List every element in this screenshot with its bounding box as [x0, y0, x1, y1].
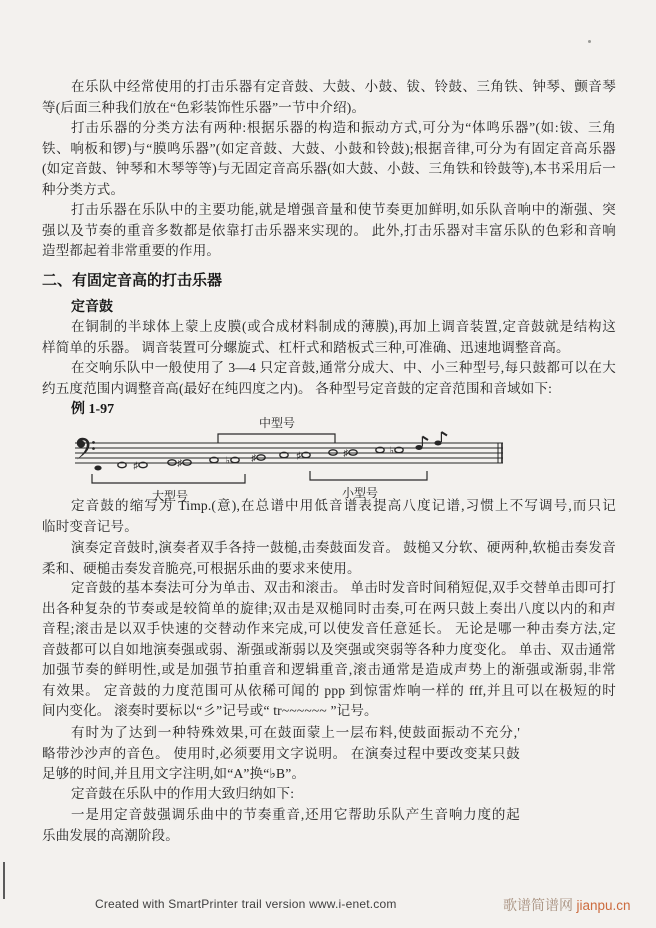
paragraph-classification: 打击乐器的分类方法有两种:根据乐器的构造和振动方式,可分为“体鸣乐器”(如:钹、…: [42, 118, 616, 200]
svg-text:♭: ♭: [390, 447, 394, 457]
text-line: 定音鼓的基本奏法可分为单击、双击和滚击。 单击时发音时间稍短促,双手交替单击即可…: [42, 578, 616, 599]
smartprinter-credit: Created with SmartPrinter trail version …: [95, 897, 397, 911]
text-line: 铁、响板和锣)与“膜鸣乐器”(如定音鼓、大鼓、小鼓和铃鼓);根据音律,可分为有固…: [42, 139, 616, 160]
watermark-domain: jianpu.cn: [577, 898, 631, 913]
paragraph-role-intro: 定音鼓在乐队中的作用大致归纳如下:: [42, 784, 616, 805]
text-line: 加强节奏的鲜明性,或是加强节拍重音和逻辑重音,滚击通常是造成声势上的渐强或渐弱,…: [42, 660, 616, 681]
paragraph-mallets: 演奏定音鼓时,演奏者双手各持一鼓槌,击奏鼓面发音。 鼓槌又分软、硬两种,软槌击奏…: [42, 538, 616, 579]
paragraph-orchestra-usage: 在交响乐队中一般使用了 3—4 只定音鼓,通常分成大、中、小三种型号,每只鼓都可…: [42, 358, 616, 399]
svg-text:♯: ♯: [134, 462, 139, 472]
note-heads: ♯♯♭♯♯♯♭: [94, 432, 447, 472]
text-line: 打击乐器的分类方法有两种:根据乐器的构造和振动方式,可分为“体鸣乐器”(如:钹、…: [42, 118, 616, 139]
bracket-large-size: [92, 474, 245, 483]
scan-edge-mark: [3, 862, 5, 899]
text-line: 临时变音记号。: [42, 517, 616, 538]
text-line: 柔和、硬槌击奏发音脆亮,可根据乐曲的要求来使用。: [42, 559, 616, 580]
text-line: 音程;滚击是以双手快速的交替动作来完成,可以使发音任意延长。 无论是哪一种击奏方…: [42, 619, 616, 640]
text-line: 有时为了达到一种特殊效果,可在鼓面蒙上一层布料,使鼓面振动不充分,': [42, 723, 520, 744]
svg-text:♭: ♭: [226, 457, 230, 467]
text-line: 间内变化。 滚奏时要标以“彡”记号或“ tr~~~~~~ ”记号。: [42, 701, 616, 722]
section-heading: 二、有固定音高的打击乐器: [42, 270, 616, 292]
text-line: 约五度范围内调整音高(最好在纯四度之内)。 各种型号定音鼓的定音范围和音域如下:: [42, 379, 616, 400]
text-line: 音鼓都可以自如地演奏强或弱、渐强或渐弱以及突强或突弱等各种力度变化。 单击、双击…: [42, 640, 616, 661]
text-line: 定音鼓在乐队中的作用大致归纳如下:: [42, 784, 616, 805]
paragraph-function: 打击乐器在乐队中的主要功能,就是增强音量和使节奏更加鲜明,如乐队音响中的渐强、突…: [42, 200, 616, 262]
bracket-medium-size: [218, 434, 335, 443]
scan-speck: [588, 40, 591, 43]
text-line: 造型都起着非常重要的作用。: [42, 241, 616, 262]
paragraph-playing-techniques: 定音鼓的基本奏法可分为单击、双击和滚击。 单击时发音时间稍短促,双手交替单击即可…: [42, 578, 616, 722]
svg-text:♯: ♯: [178, 459, 183, 469]
bracket-small-size: [310, 471, 427, 480]
text-line: 在乐队中经常使用的打击乐器有定音鼓、大鼓、小鼓、钹、铃鼓、三角铁、钟琴、颤音琴和…: [42, 77, 616, 98]
text-line: (如定音鼓、钟琴和木琴等等)与无固定音高乐器(如大鼓、小鼓、三角铁和铃鼓等),本…: [42, 159, 616, 180]
text-line: 等(后面三种我们放在“色彩装饰性乐器”一节中介绍)。: [42, 98, 616, 119]
text-line: 强以及节奏的重音多数都是依靠打击乐器来实现的。 此外,打击乐器对丰富乐队的色彩和…: [42, 221, 616, 242]
svg-text:♯: ♯: [344, 449, 349, 459]
text-line: 样简单的乐器。 调音装置可分螺旋式、杠杆式和踏板式三种,可准确、迅速地调整音高。: [42, 338, 616, 359]
subsection-heading-timpani: 定音鼓: [71, 296, 113, 317]
svg-text:♯: ♯: [252, 454, 257, 464]
text-line: 出各种复杂的节奏或是较简单的旋律;双击是双槌同时击奏,可在两只鼓上奏出八度以内的…: [42, 599, 616, 620]
scanned-book-page: 在乐队中经常使用的打击乐器有定音鼓、大鼓、小鼓、钹、铃鼓、三角铁、钟琴、颤音琴和…: [0, 0, 656, 928]
text-line: 一是用定音鼓强调乐曲中的节奏重音,还用它帮助乐队产生音响力度的起: [42, 805, 520, 826]
jianpu-watermark: 歌谱简谱网 jianpu.cn: [503, 895, 631, 915]
text-line: 种分类方式。: [42, 180, 616, 201]
text-line: 打击乐器在乐队中的主要功能,就是增强音量和使节奏更加鲜明,如乐队音响中的渐强、突: [42, 200, 616, 221]
paragraph-role-item: 一是用定音鼓强调乐曲中的节奏重音,还用它帮助乐队产生音响力度的起 乐曲发展的高潮…: [42, 805, 520, 846]
text-line: 演奏定音鼓时,演奏者双手各持一鼓槌,击奏鼓面发音。 鼓槌又分软、硬两种,软槌击奏…: [42, 538, 616, 559]
paragraph-intro: 在乐队中经常使用的打击乐器有定音鼓、大鼓、小鼓、钹、铃鼓、三角铁、钟琴、颤音琴和…: [42, 77, 616, 118]
paragraph-abbreviation: 定音鼓的缩写为 Timp.(意),在总谱中用低音谱表提高八度记谱,习惯上不写调号…: [42, 496, 616, 537]
text-line: 在铜制的半球体上蒙上皮膜(或合成材料制成的薄膜),再加上调音装置,定音鼓就是结构…: [42, 317, 616, 338]
watermark-site-name: 歌谱简谱网: [503, 899, 573, 914]
paragraph-construction: 在铜制的半球体上蒙上皮膜(或合成材料制成的薄膜),再加上调音装置,定音鼓就是结构…: [42, 317, 616, 358]
text-line: 有效果。 定音鼓的力度范围可从依稀可闻的 ppp 到惊雷炸响一样的 fff,并且…: [42, 681, 616, 702]
text-line: 乐曲发展的高潮阶段。: [42, 826, 520, 847]
label-medium-size: 中型号: [259, 415, 295, 430]
text-line: 略带沙沙声的音色。 使用时,必须要用文字说明。 在演奏过程中要改变某只鼓: [42, 744, 520, 765]
text-line: 足够的时间,并且用文字注明,如“A”换“♭B”。: [42, 764, 520, 785]
paragraph-special-effects: 有时为了达到一种特殊效果,可在鼓面蒙上一层布料,使鼓面振动不充分,' 略带沙沙声…: [42, 723, 520, 785]
text-line: 定音鼓的缩写为 Timp.(意),在总谱中用低音谱表提高八度记谱,习惯上不写调号…: [42, 496, 616, 517]
text-line: 在交响乐队中一般使用了 3—4 只定音鼓,通常分成大、中、小三种型号,每只鼓都可…: [42, 358, 616, 379]
svg-text:♯: ♯: [297, 452, 302, 462]
